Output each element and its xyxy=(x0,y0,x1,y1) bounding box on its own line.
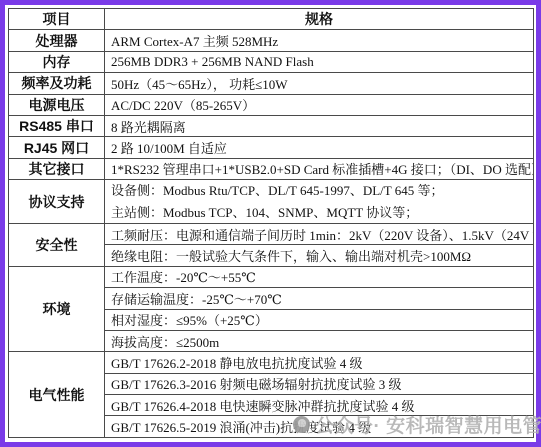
spec-cell: GB/T 17626.2-2018 静电放电抗扰度试验 4 级 xyxy=(105,352,534,373)
spec-cell: 50Hz（45～65Hz）， 功耗≤10W xyxy=(105,73,534,94)
item-cell-other-interfaces: 其它接口 xyxy=(9,158,105,179)
spec-cell: 相对湿度：≤95%（+25℃） xyxy=(105,309,534,330)
spec-cell: AC/DC 220V（85-265V） xyxy=(105,94,534,115)
spec-cell: 工作温度：-20℃～+55℃ xyxy=(105,266,534,287)
table-row: 电气性能 GB/T 17626.2-2018 静电放电抗扰度试验 4 级 xyxy=(9,352,534,373)
spec-cell: 绝缘电阻：一般试验大气条件下，输入、输出端对机壳>100MΩ xyxy=(105,245,534,266)
spec-cell: 8 路光耦隔离 xyxy=(105,115,534,136)
spec-cell: 海拔高度：≤2500m xyxy=(105,330,534,351)
table-row: 处理器 ARM Cortex-A7 主频 528MHz xyxy=(9,30,534,51)
spec-cell: 设备侧：Modbus Rtu/TCP、DL/T 645-1997、DL/T 64… xyxy=(105,180,534,224)
table-row: 电源电压 AC/DC 220V（85-265V） xyxy=(9,94,534,115)
spec-cell: GB/T 17626.5-2019 浪涌(冲击)抗扰度试验 4 级 xyxy=(105,416,534,437)
header-item: 项目 xyxy=(9,9,105,30)
item-cell-protocols: 协议支持 xyxy=(9,180,105,224)
spec-table: 项目 规格 处理器 ARM Cortex-A7 主频 528MHz 内存 256… xyxy=(8,8,534,438)
table-row: RJ45 网口 2 路 10/100M 自适应 xyxy=(9,137,534,158)
header-spec: 规格 xyxy=(105,9,534,30)
spec-cell: GB/T 17626.4-2018 电快速瞬变脉冲群抗扰度试验 4 级 xyxy=(105,395,534,416)
table-row: 安全性 工频耐压：电源和通信端子间历时 1min：2kV（220V 设备）、1.… xyxy=(9,223,534,244)
spec-line: 设备侧：Modbus Rtu/TCP、DL/T 645-1997、DL/T 64… xyxy=(111,180,527,201)
spec-cell: GB/T 17626.3-2016 射频电磁场辐射抗扰度试验 3 级 xyxy=(105,373,534,394)
item-cell-rs485: RS485 串口 xyxy=(9,115,105,136)
item-cell-memory: 内存 xyxy=(9,51,105,72)
table-header-row: 项目 规格 xyxy=(9,9,534,30)
item-cell-processor: 处理器 xyxy=(9,30,105,51)
table-row: 内存 256MB DDR3 + 256MB NAND Flash xyxy=(9,51,534,72)
table-row: 协议支持 设备侧：Modbus Rtu/TCP、DL/T 645-1997、DL… xyxy=(9,180,534,224)
item-cell-electrical-performance: 电气性能 xyxy=(9,352,105,438)
spec-cell: ARM Cortex-A7 主频 528MHz xyxy=(105,30,534,51)
spec-cell: 存储运输温度：-25℃～+70℃ xyxy=(105,288,534,309)
table-row: RS485 串口 8 路光耦隔离 xyxy=(9,115,534,136)
item-cell-frequency-power: 频率及功耗 xyxy=(9,73,105,94)
spec-line: 主站侧：Modbus TCP、104、SNMP、MQTT 协议等； xyxy=(111,202,527,223)
item-cell-environment: 环境 xyxy=(9,266,105,352)
table-row: 环境 工作温度：-20℃～+55℃ xyxy=(9,266,534,287)
spec-sheet-frame: 项目 规格 处理器 ARM Cortex-A7 主频 528MHz 内存 256… xyxy=(0,0,541,447)
spec-cell: 256MB DDR3 + 256MB NAND Flash xyxy=(105,51,534,72)
spec-cell: 工频耐压：电源和通信端子间历时 1min：2kV（220V 设备）、1.5kV（… xyxy=(105,223,534,244)
table-row: 频率及功耗 50Hz（45～65Hz）， 功耗≤10W xyxy=(9,73,534,94)
item-cell-safety: 安全性 xyxy=(9,223,105,266)
item-cell-supply-voltage: 电源电压 xyxy=(9,94,105,115)
table-row: 其它接口 1*RS232 管理串口+1*USB2.0+SD Card 标准插槽+… xyxy=(9,158,534,179)
spec-cell: 1*RS232 管理串口+1*USB2.0+SD Card 标准插槽+4G 接口… xyxy=(105,158,534,179)
spec-cell: 2 路 10/100M 自适应 xyxy=(105,137,534,158)
item-cell-rj45: RJ45 网口 xyxy=(9,137,105,158)
